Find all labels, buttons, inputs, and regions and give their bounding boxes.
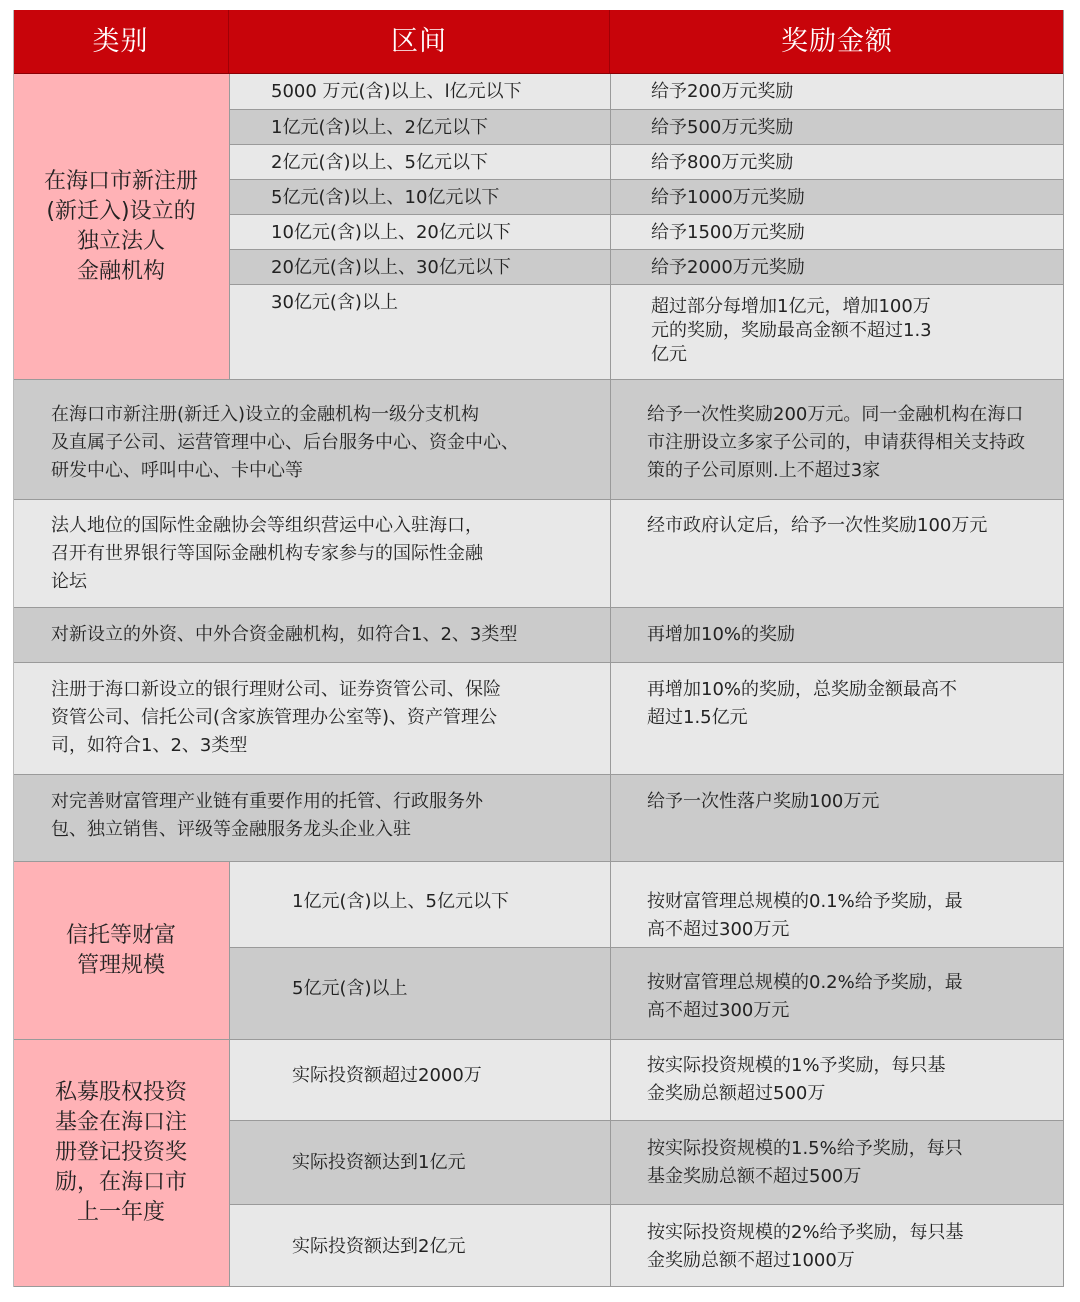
table-row: 2亿元(含)以上、5亿元以下 给予800万元奖励 <box>229 145 1064 180</box>
reward-text: 给予1500万元奖励 <box>651 219 805 246</box>
category-independent-legal-institution: 在海口市新注册 (新迁入)设立的 独立法人 金融机构 <box>13 74 229 380</box>
table-row: 对完善财富管理产业链有重要作用的托管、行政服务外 包、独立销售、评级等金融服务龙… <box>13 775 1064 862</box>
table-row: 10亿元(含)以上、20亿元以下 给予1500万元奖励 <box>229 215 1064 250</box>
description-text: 对新设立的外资、中外合资金融机构，如符合1、2、3类型 <box>51 621 517 649</box>
range-text: 30亿元(含)以上 <box>271 289 398 316</box>
category-private-equity-fund: 私募股权投资 基金在海口注 册登记投资奖 励，在海口市 上一年度 <box>13 1040 229 1287</box>
header-reward: 奖励金额 <box>610 10 1064 73</box>
reward-text: 超过部分每增加1亿元，增加100万 元的奖励，奖励最高金额不超过1.3 亿元 <box>651 295 932 367</box>
header-category: 类别 <box>13 10 229 73</box>
table-row: 5亿元(含)以上 按财富管理总规模的0.2%给予奖励，最 高不超过300万元 <box>229 948 1064 1040</box>
range-text: 1亿元(含)以上、2亿元以下 <box>271 114 488 141</box>
reward-text: 再增加10%的奖励 <box>647 621 795 649</box>
category-wealth-management-scale: 信托等财富 管理规模 <box>13 862 229 1040</box>
reward-text: 给予一次性奖励200万元。同一金融机构在海口 市注册设立多家子公司的，申请获得相… <box>647 401 1025 485</box>
table-row: 法人地位的国际性金融协会等组织营运中心入驻海口， 召开有世界银行等国际金融机构专… <box>13 500 1064 608</box>
table-row: 实际投资额达到2亿元 按实际投资规模的2%给予奖励，每只基 金奖励总额不超过10… <box>229 1205 1064 1287</box>
table-row: 5000 万元(含)以上、l亿元以下 给予200万元奖励 <box>229 74 1064 110</box>
range-text: 1亿元(含)以上、5亿元以下 <box>292 888 509 915</box>
table-row: 20亿元(含)以上、30亿元以下 给予2000万元奖励 <box>229 250 1064 285</box>
range-text: 20亿元(含)以上、30亿元以下 <box>271 254 511 281</box>
range-text: 5000 万元(含)以上、l亿元以下 <box>271 78 522 105</box>
table-row: 30亿元(含)以上 超过部分每增加1亿元，增加100万 元的奖励，奖励最高金额不… <box>229 285 1064 380</box>
reward-text: 给予800万元奖励 <box>651 149 793 176</box>
reward-text: 给予一次性落户奖励100万元 <box>647 788 879 816</box>
table-row: 注册于海口新设立的银行理财公司、证券资管公司、保险 资管公司、信托公司(含家族管… <box>13 663 1064 775</box>
reward-text: 按财富管理总规模的0.1%给予奖励，最 高不超过300万元 <box>647 888 963 944</box>
reward-text: 按实际投资规模的2%给予奖励，每只基 金奖励总额不超过1000万 <box>647 1219 964 1275</box>
reward-text: 给予500万元奖励 <box>651 114 793 141</box>
range-text: 实际投资额达到2亿元 <box>292 1233 465 1260</box>
range-text: 5亿元(含)以上 <box>292 975 408 1002</box>
table-row: 实际投资额达到1亿元 按实际投资规模的1.5%给予奖励，每只 基金奖励总额不超过… <box>229 1121 1064 1205</box>
reward-text: 给予2000万元奖励 <box>651 254 805 281</box>
description-text: 对完善财富管理产业链有重要作用的托管、行政服务外 包、独立销售、评级等金融服务龙… <box>51 788 483 844</box>
reward-text: 再增加10%的奖励，总奖励金额最高不 超过1.5亿元 <box>647 676 957 732</box>
table-row: 对新设立的外资、中外合资金融机构，如符合1、2、3类型 再增加10%的奖励 <box>13 608 1064 663</box>
table-row: 1亿元(含)以上、5亿元以下 按财富管理总规模的0.1%给予奖励，最 高不超过3… <box>229 862 1064 948</box>
description-text: 在海口市新注册(新迁入)设立的金融机构一级分支机构 及直属子公司、运营管理中心、… <box>51 401 519 485</box>
reward-text: 给予1000万元奖励 <box>651 184 805 211</box>
range-text: 5亿元(含)以上、10亿元以下 <box>271 184 499 211</box>
table-row: 5亿元(含)以上、10亿元以下 给予1000万元奖励 <box>229 180 1064 215</box>
header-range: 区间 <box>229 10 610 73</box>
table-row: 实际投资额超过2000万 按实际投资规模的1%予奖励，每只基 金奖励总额超过50… <box>229 1040 1064 1121</box>
reward-text: 给予200万元奖励 <box>651 78 793 105</box>
reward-text: 按实际投资规模的1%予奖励，每只基 金奖励总额超过500万 <box>647 1052 946 1108</box>
range-text: 实际投资额达到1亿元 <box>292 1149 465 1176</box>
table-row: 在海口市新注册(新迁入)设立的金融机构一级分支机构 及直属子公司、运营管理中心、… <box>13 380 1064 500</box>
range-text: 10亿元(含)以上、20亿元以下 <box>271 219 511 246</box>
description-text: 法人地位的国际性金融协会等组织营运中心入驻海口， 召开有世界银行等国际金融机构专… <box>51 512 483 596</box>
reward-text: 按实际投资规模的1.5%给予奖励，每只 基金奖励总额不超过500万 <box>647 1135 963 1191</box>
reward-text: 经市政府认定后，给予一次性奖励100万元 <box>647 512 987 540</box>
table-row: 1亿元(含)以上、2亿元以下 给予500万元奖励 <box>229 110 1064 145</box>
range-text: 实际投资额超过2000万 <box>292 1062 482 1089</box>
range-text: 2亿元(含)以上、5亿元以下 <box>271 149 488 176</box>
table-header: 类别 区间 奖励金额 <box>13 10 1064 74</box>
reward-text: 按财富管理总规模的0.2%给予奖励，最 高不超过300万元 <box>647 969 963 1025</box>
description-text: 注册于海口新设立的银行理财公司、证券资管公司、保险 资管公司、信托公司(含家族管… <box>51 676 501 760</box>
